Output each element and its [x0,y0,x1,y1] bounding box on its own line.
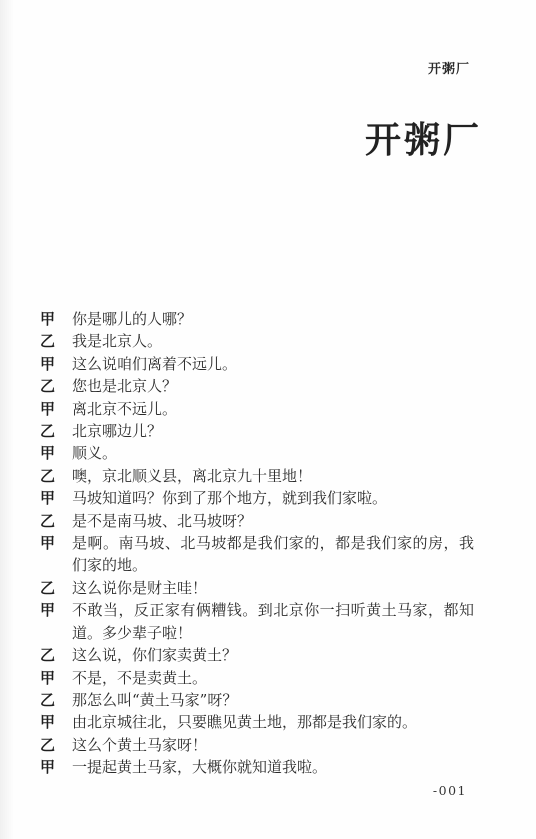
running-header: 开粥厂 [428,58,470,77]
speaker-label: 乙 [40,644,72,666]
dialogue-line: 乙您也是北京人？ [40,375,474,397]
page-edge-shade [0,0,14,839]
speaker-label: 甲 [40,532,72,554]
dialogue-line: 乙我是北京人。 [40,330,474,352]
speaker-label: 甲 [40,487,72,509]
dialogue-line: 乙噢，京北顺义县，离北京九十里地！ [40,465,474,487]
speaker-label: 甲 [40,442,72,464]
dialogue-line: 乙这么个黄土马家呀！ [40,734,474,756]
dialogue-line: 甲不是，不是卖黄土。 [40,667,474,689]
dialogue-line: 甲顺义。 [40,442,474,464]
page-title: 开粥厂 [365,112,482,163]
dialogue-text: 不敢当，反正家有俩糟钱。到北京你一扫听黄土马家，都知道。多少辈子啦！ [72,599,474,644]
dialogue-line: 甲一提起黄土马家，大概你就知道我啦。 [40,756,474,778]
speaker-label: 乙 [40,577,72,599]
dialogue-text: 那怎么叫“黄土马家”呀？ [72,689,474,711]
dialogue-line: 甲不敢当，反正家有俩糟钱。到北京你一扫听黄土马家，都知道。多少辈子啦！ [40,599,474,644]
dialogue-line: 甲离北京不远儿。 [40,398,474,420]
speaker-label: 甲 [40,398,72,420]
dialogue-line: 乙这么说你是财主哇！ [40,577,474,599]
speaker-label: 甲 [40,667,72,689]
dialogue-text: 噢，京北顺义县，离北京九十里地！ [72,465,474,487]
dialogue-text: 马坡知道吗？你到了那个地方，就到我们家啦。 [72,487,474,509]
dialogue-text: 顺义。 [72,442,474,464]
dialogue-line: 甲由北京城往北，只要瞧见黄土地，那都是我们家的。 [40,711,474,733]
dialogue-line: 甲马坡知道吗？你到了那个地方，就到我们家啦。 [40,487,474,509]
dialogue-text: 您也是北京人？ [72,375,474,397]
speaker-label: 乙 [40,510,72,532]
dialogue-text: 这么说你是财主哇！ [72,577,474,599]
dialogue-text: 是啊。南马坡、北马坡都是我们家的，都是我们家的房，我们家的地。 [72,532,474,577]
dialogue-text: 这么说，你们家卖黄土？ [72,644,474,666]
dialogue-text: 北京哪边儿？ [72,420,474,442]
speaker-label: 乙 [40,420,72,442]
dialogue-line: 甲是啊。南马坡、北马坡都是我们家的，都是我们家的房，我们家的地。 [40,532,474,577]
dialogue-text: 由北京城往北，只要瞧见黄土地，那都是我们家的。 [72,711,474,733]
speaker-label: 甲 [40,353,72,375]
page-number: -001 [433,783,467,798]
speaker-label: 乙 [40,689,72,711]
speaker-label: 甲 [40,308,72,330]
speaker-label: 乙 [40,330,72,352]
speaker-label: 甲 [40,599,72,621]
book-page: 开粥厂 开粥厂 甲你是哪儿的人哪？乙我是北京人。甲这么说咱们离着不远儿。乙您也是… [0,0,536,839]
dialogue-line: 乙这么说，你们家卖黄土？ [40,644,474,666]
dialogue-text: 这么个黄土马家呀！ [72,734,474,756]
dialogue-text: 不是，不是卖黄土。 [72,667,474,689]
dialogue-text: 一提起黄土马家，大概你就知道我啦。 [72,756,474,778]
dialogue-text: 是不是南马坡、北马坡呀？ [72,510,474,532]
dialogue-line: 乙是不是南马坡、北马坡呀？ [40,510,474,532]
dialogue-line: 乙北京哪边儿？ [40,420,474,442]
dialogue-text: 离北京不远儿。 [72,398,474,420]
dialogue-line: 甲你是哪儿的人哪？ [40,308,474,330]
dialogue-line: 甲这么说咱们离着不远儿。 [40,353,474,375]
speaker-label: 甲 [40,756,72,778]
dialogue-text: 这么说咱们离着不远儿。 [72,353,474,375]
speaker-label: 乙 [40,375,72,397]
dialogue-text: 我是北京人。 [72,330,474,352]
speaker-label: 甲 [40,711,72,733]
speaker-label: 乙 [40,465,72,487]
dialogue-list: 甲你是哪儿的人哪？乙我是北京人。甲这么说咱们离着不远儿。乙您也是北京人？甲离北京… [40,308,474,779]
dialogue-line: 乙那怎么叫“黄土马家”呀？ [40,689,474,711]
dialogue-text: 你是哪儿的人哪？ [72,308,474,330]
speaker-label: 乙 [40,734,72,756]
